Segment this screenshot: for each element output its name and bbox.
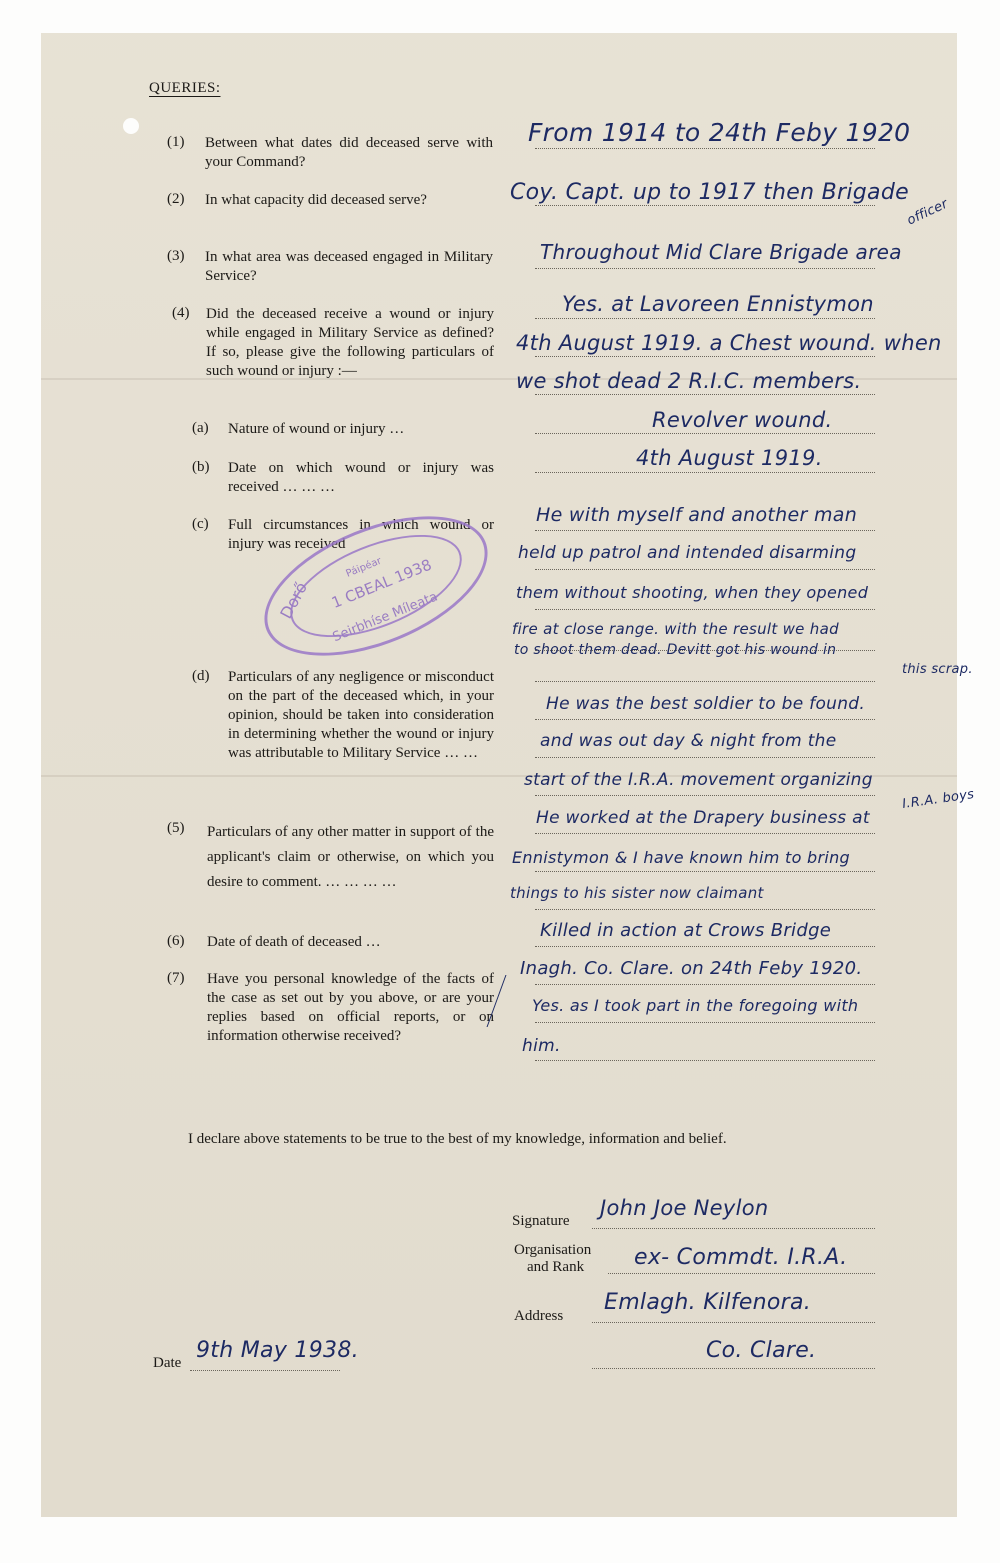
answer-text: held up patrol and intended disarming <box>518 543 856 563</box>
answer-line <box>535 433 875 434</box>
answer-text: Ennistymon & I have known him to bring <box>512 848 850 867</box>
query-number: (1) <box>167 134 185 151</box>
organisation-value: ex- Commdt. I.R.A. <box>634 1245 847 1270</box>
answer-text: him. <box>522 1036 561 1056</box>
answer-line <box>535 205 875 206</box>
query-number: (7) <box>167 970 185 987</box>
address-line-2 <box>592 1368 875 1369</box>
answer-line <box>535 268 875 269</box>
query-number: (5) <box>167 820 185 837</box>
answer-line <box>535 148 875 149</box>
query-number: (d) <box>192 668 210 685</box>
answer-text: Revolver wound. <box>652 408 832 432</box>
answer-line <box>535 833 875 834</box>
answer-line <box>535 394 875 395</box>
answer-line <box>535 984 875 985</box>
query-text: Particulars of any other matter in suppo… <box>207 820 494 895</box>
organisation-line <box>608 1273 875 1274</box>
answer-text: Coy. Capt. up to 1917 then Brigade <box>510 180 909 205</box>
answer-text: Yes. as I took part in the foregoing wit… <box>532 996 858 1015</box>
answer-line <box>535 681 875 682</box>
query-text: Nature of wound or injury … <box>228 420 494 439</box>
query-text: Between what dates did deceased serve wi… <box>205 134 493 172</box>
query-text: Did the deceased receive a wound or inju… <box>206 305 494 381</box>
queries-heading: QUERIES: <box>149 80 221 97</box>
answer-text: From 1914 to 24th Feby 1920 <box>528 118 910 147</box>
signature-line <box>592 1228 875 1229</box>
answer-line <box>535 757 875 758</box>
address-value-2: Co. Clare. <box>706 1338 816 1363</box>
organisation-label: Organisation <box>514 1242 591 1259</box>
answer-text: fire at close range. with the result we … <box>512 620 839 638</box>
answer-text: Inagh. Co. Clare. on 24th Feby 1920. <box>520 958 862 979</box>
query-number: (c) <box>192 516 209 533</box>
query-text: Date of death of deceased … <box>207 933 494 952</box>
answer-text: we shot dead 2 R.I.C. members. <box>516 369 861 393</box>
answer-line <box>535 719 875 720</box>
query-number: (b) <box>192 459 210 476</box>
address-value-1: Emlagh. Kilfenora. <box>604 1290 811 1315</box>
answer-line <box>535 909 875 910</box>
answer-text: things to his sister now claimant <box>510 884 764 902</box>
query-text: In what area was deceased engaged in Mil… <box>205 248 493 286</box>
date-value: 9th May 1938. <box>196 1338 359 1363</box>
answer-text: He with myself and another man <box>536 504 857 526</box>
answer-line <box>535 1060 875 1061</box>
punch-hole <box>123 118 139 134</box>
address-label: Address <box>514 1308 563 1325</box>
answer-text: 4th August 1919. <box>636 446 823 470</box>
answer-line <box>535 946 875 947</box>
answer-line <box>535 530 875 531</box>
query-text: Date on which wound or injury was receiv… <box>228 459 494 497</box>
answer-text: and was out day & night from the <box>540 731 837 751</box>
answer-line <box>535 569 875 570</box>
answer-text: Yes. at Lavoreen Ennistymon <box>562 292 874 316</box>
answer-line <box>535 609 875 610</box>
declaration-text: I declare above statements to be true to… <box>150 1130 880 1149</box>
answer-text: Killed in action at Crows Bridge <box>540 920 831 941</box>
query-number: (2) <box>167 191 185 208</box>
query-number: (6) <box>167 933 185 950</box>
query-text: Have you personal knowledge of the facts… <box>207 970 494 1046</box>
answer-text: He worked at the Drapery business at <box>536 808 870 828</box>
date-line <box>190 1370 340 1371</box>
answer-line <box>535 472 875 473</box>
query-number: (3) <box>167 248 185 265</box>
answer-line <box>535 1022 875 1023</box>
answer-line <box>535 318 875 319</box>
query-number: (4) <box>172 305 190 322</box>
answer-text: to shoot them dead. Devitt got his wound… <box>514 642 836 658</box>
query-number: (a) <box>192 420 209 437</box>
answer-text: them without shooting, when they opened <box>516 583 868 602</box>
signature-value: John Joe Neylon <box>600 1196 769 1220</box>
answer-text: Throughout Mid Clare Brigade area <box>540 240 902 264</box>
answer-line <box>535 795 875 796</box>
query-text: Particulars of any negligence or miscond… <box>228 668 494 763</box>
rank-label: and Rank <box>527 1259 584 1276</box>
answer-line <box>535 356 875 357</box>
signature-label: Signature <box>512 1213 570 1230</box>
answer-text: this scrap. <box>902 662 973 677</box>
answer-line <box>535 871 875 872</box>
address-line-1 <box>592 1322 875 1323</box>
answer-text: 4th August 1919. a Chest wound. when <box>516 331 942 355</box>
query-text: In what capacity did deceased serve? <box>205 191 493 210</box>
answer-text: start of the I.R.A. movement organizing <box>524 770 873 790</box>
date-label: Date <box>153 1355 181 1372</box>
answer-text: He was the best soldier to be found. <box>546 694 865 714</box>
